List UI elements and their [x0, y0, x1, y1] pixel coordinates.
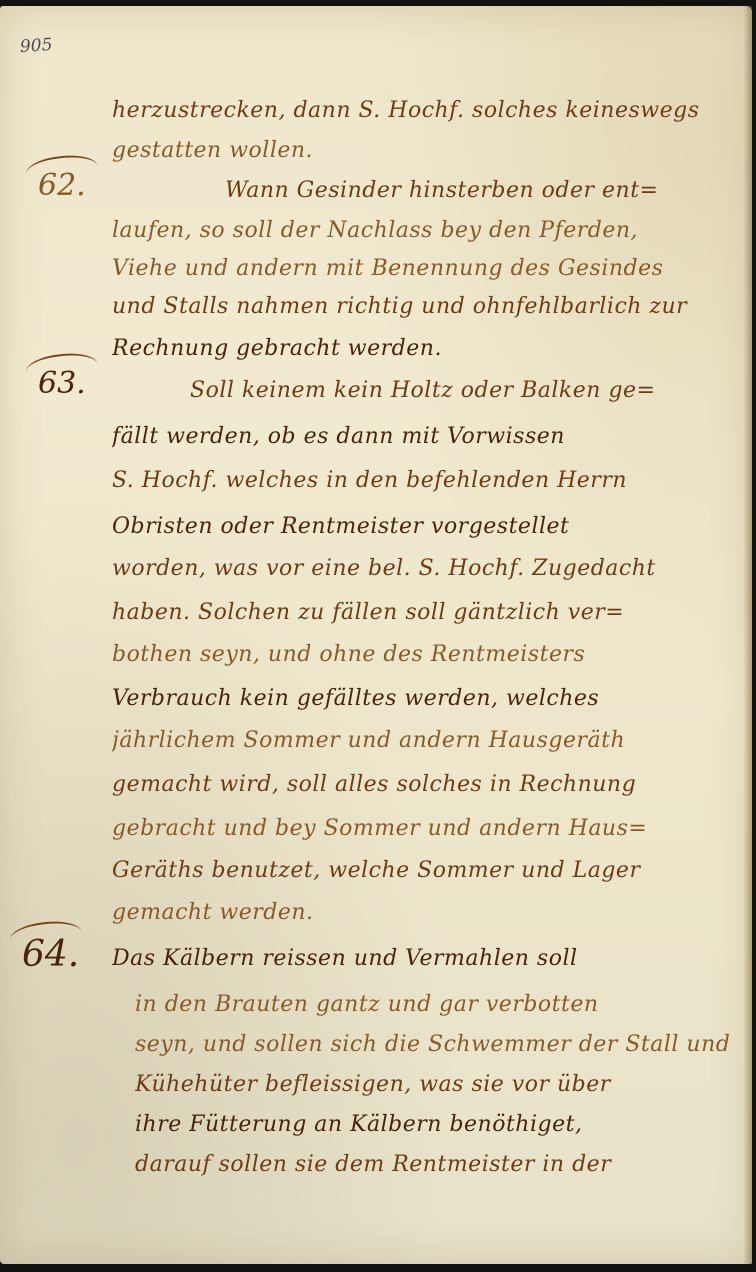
text-line: Soll keinem kein Holtz oder Balken ge= [190, 378, 750, 403]
text-line: laufen, so soll der Nachlass bey den Pfe… [112, 218, 752, 243]
folio-number: 905 [19, 35, 53, 57]
text-line: Kühehüter befleissigen, was sie vor über [135, 1072, 735, 1097]
text-line: bothen seyn, und ohne des Rentmeisters [112, 642, 752, 667]
text-line: Das Kälbern reissen und Vermahlen soll [112, 946, 732, 971]
text-line: Viehe und andern mit Benennung des Gesin… [112, 256, 752, 281]
text-line: gemacht werden. [112, 900, 512, 925]
text-line: Rechnung gebracht werden. [112, 336, 712, 361]
text-line: haben. Solchen zu fällen soll gäntzlich … [112, 600, 752, 625]
text-line: Wann Gesinder hinsterben oder ent= [225, 178, 750, 203]
text-line: und Stalls nahmen richtig und ohnfehlbar… [112, 294, 752, 319]
text-line: gestatten wollen. [112, 138, 712, 163]
text-line: in den Brauten gantz und gar verbotten [135, 992, 735, 1017]
text-line: S. Hochf. welches in den befehlenden Her… [112, 468, 752, 493]
manuscript-page: 905 herzustrecken, dann S. Hochf. solche… [0, 6, 752, 1264]
text-line: Obristen oder Rentmeister vorgestellet [112, 514, 752, 539]
text-line: seyn, und sollen sich die Schwemmer der … [135, 1032, 735, 1057]
section-number-63: 63. [38, 366, 86, 401]
text-line: gebracht und bey Sommer und andern Haus= [112, 816, 752, 841]
text-line: fällt werden, ob es dann mit Vorwissen [112, 424, 752, 449]
text-line: herzustrecken, dann S. Hochf. solches ke… [112, 98, 752, 123]
text-line: ihre Fütterung an Kälbern benöthiget, [135, 1112, 735, 1137]
section-number-62: 62. [38, 168, 86, 203]
text-line: jährlichem Sommer und andern Hausgeräth [112, 728, 752, 753]
text-line: worden, was vor eine bel. S. Hochf. Zuge… [112, 556, 752, 581]
text-line: darauf sollen sie dem Rentmeister in der [135, 1152, 735, 1177]
text-line: Geräths benutzet, welche Sommer und Lage… [112, 858, 752, 883]
text-line: Verbrauch kein gefälltes werden, welches [112, 686, 752, 711]
section-number-64: 64. [22, 934, 79, 975]
text-line: gemacht wird, soll alles solches in Rech… [112, 772, 752, 797]
